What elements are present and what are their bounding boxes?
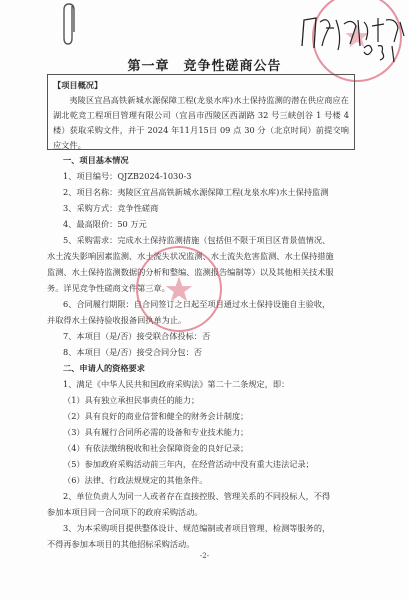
section-heading-project-info: 一、项目基本情况 [47,152,357,168]
chapter-title: 第一章 竞争性磋商公告 [0,55,409,74]
qualification-3-cont: 不得再参加本项目的其他招标采购活动。 [47,536,357,552]
qualification-1-4: （4）有依法缴纳税收和社会保障资金的良好记录； [47,440,357,456]
paperclip-icon [62,2,78,46]
max-price: 4、最高限价：50 万元 [47,216,357,232]
overview-heading: 【项目概况】 [53,78,349,93]
document-body: 一、项目基本情况 1、项目编号：QJZB2024-1030-3 2、项目名称：夷… [47,152,357,552]
qualification-1: 1、满足《中华人民共和国政府采购法》第二十二条规定，即： [47,376,357,392]
procurement-requirement: 5、采购需求：完成水土保持监测措施（包括但不限于项目区背景值情况、 [47,232,357,248]
qualification-1-5: （5）参加政府采购活动前三年内，在经营活动中没有重大违法记录； [47,456,357,472]
company-seal-stamp [136,246,222,332]
qualification-2: 2、单位负责人为同一人或者存在直接控股、管理关系的不同投标人，不得 [47,488,357,504]
joint-bid-accepted: 7、本项目（是/否）接受联合体投标：否 [47,328,357,344]
qualification-1-2: （2）具有良好的商业信誉和健全的财务会计制度； [47,408,357,424]
section-heading-qualifications: 二、申请人的资格要求 [47,360,357,376]
overview-text: 夷陵区宜昌高铁新城水源保障工程(龙泉水库)水土保持监测的潜在供应商应在湖北乾竞工… [53,93,349,153]
subcontract-accepted: 8、本项目（是/否）接受合同分包：否 [47,344,357,360]
page-number: -2- [0,552,409,560]
project-overview-box: 【项目概况】 夷陵区宜昌高铁新城水源保障工程(龙泉水库)水土保持监测的潜在供应商… [47,74,355,150]
qualification-2-cont: 参加本项目同一合同项下的政府采购活动。 [47,504,357,520]
procurement-method: 3、采购方式：竞争性磋商 [47,200,357,216]
document-page: 第一章 竞争性磋商公告 【项目概况】 夷陵区宜昌高铁新城水源保障工程(龙泉水库)… [0,0,409,600]
qualification-1-3: （3）具有履行合同所必需的设备和专业技术能力； [47,424,357,440]
project-number: 1、项目编号：QJZB2024-1030-3 [47,168,357,184]
qualification-1-1: （1）具有独立承担民事责任的能力； [47,392,357,408]
project-name: 2、项目名称：夷陵区宜昌高铁新城水源保障工程(龙泉水库)水土保持监测 [47,184,357,200]
qualification-1-6: （6）法律、行政法规规定的其他条件。 [47,472,357,488]
qualification-3: 3、为本采购项目提供整体设计、规范编制或者项目管理、检测等服务的， [47,520,357,536]
